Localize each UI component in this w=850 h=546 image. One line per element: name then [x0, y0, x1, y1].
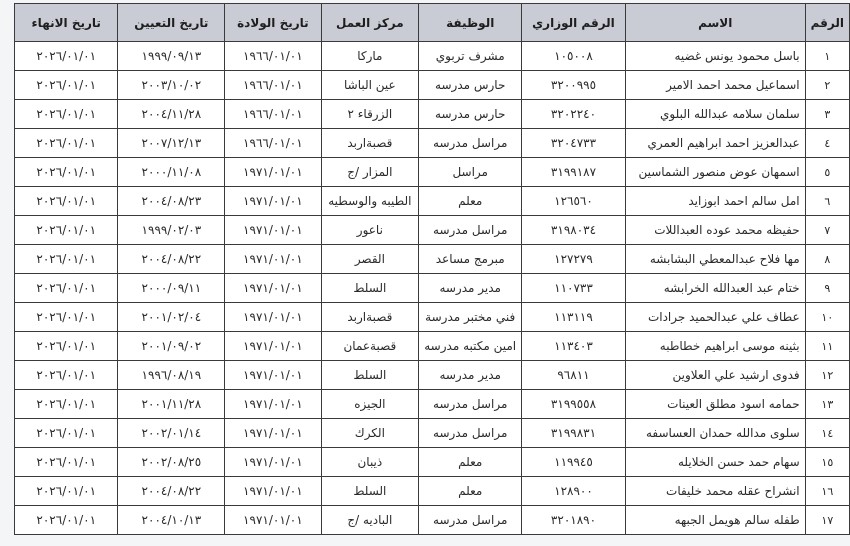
table-row: ٣سلمان سلامه عبدالله البلوي٣٢٠٢٢٤٠حارس م…: [15, 100, 850, 129]
work-center-cell: ماركا: [321, 42, 419, 71]
end-date-cell: ٢٠٢٦/٠١/٠١: [15, 274, 118, 303]
birth-date-cell: ١٩٧١/٠١/٠١: [225, 158, 321, 187]
table-row: ٥اسمهان عوض منصور الشماسين٣١٩٩١٨٧مراسلال…: [15, 158, 850, 187]
table-row: ١٥سهام حمد حسن الخلايله١١٩٩٤٥معلمذيبان١٩…: [15, 448, 850, 477]
header-name: الاسم: [625, 4, 805, 42]
appointment-date-cell: ١٩٩٩/٠٩/١٣: [118, 42, 225, 71]
appointment-date-cell: ٢٠٠٤/٠٨/٢٣: [118, 187, 225, 216]
birth-date-cell: ١٩٦٦/٠١/٠١: [225, 71, 321, 100]
birth-date-cell: ١٩٧١/٠١/٠١: [225, 448, 321, 477]
job-title-cell: مدير مدرسه: [419, 274, 522, 303]
table-row: ٧حفيظه محمد عوده العبداللات٣١٩٨٠٣٤مراسل …: [15, 216, 850, 245]
employee-name-cell: سلوى مدالله حمدان العساسفه: [625, 419, 805, 448]
appointment-date-cell: ٢٠٠٤/٠٨/٢٢: [118, 477, 225, 506]
header-ministry-id: الرقم الوزاري: [522, 4, 626, 42]
appointment-date-cell: ٢٠٠٠/٠٩/١١: [118, 274, 225, 303]
appointment-date-cell: ١٩٩٦/٠٨/١٩: [118, 361, 225, 390]
employee-name-cell: عطاف علي عبدالحميد جرادات: [625, 303, 805, 332]
end-date-cell: ٢٠٢٦/٠١/٠١: [15, 245, 118, 274]
table-row: ٨مها فلاح عبدالمعطي البشابشه١٢٧٢٧٩مبرمج …: [15, 245, 850, 274]
table-row: ١١بثينه موسى ابراهيم خطاطبه١١٣٤٠٣امين مك…: [15, 332, 850, 361]
ministry-id-cell: ٣١٩٩٥٥٨: [522, 390, 626, 419]
work-center-cell: السلط: [321, 361, 419, 390]
table-row: ١٦انشراح عقله محمد خليفات١٢٨٩٠٠معلمالسلط…: [15, 477, 850, 506]
row-num-cell: ٥: [805, 158, 849, 187]
appointment-date-cell: ٢٠٠٣/١٠/٠٢: [118, 71, 225, 100]
birth-date-cell: ١٩٦٦/٠١/٠١: [225, 42, 321, 71]
work-center-cell: قصبةعمان: [321, 332, 419, 361]
work-center-cell: السلط: [321, 477, 419, 506]
ministry-id-cell: ١١٩٩٤٥: [522, 448, 626, 477]
row-num-cell: ١: [805, 42, 849, 71]
table-row: ١باسل محمود يونس غضيه١٠٥٠٠٨مشرف تربويمار…: [15, 42, 850, 71]
end-date-cell: ٢٠٢٦/٠١/٠١: [15, 332, 118, 361]
row-num-cell: ١١: [805, 332, 849, 361]
ministry-id-cell: ٣١٩٩٨٣١: [522, 419, 626, 448]
row-num-cell: ٤: [805, 129, 849, 158]
work-center-cell: الطيبه والوسطيه: [321, 187, 419, 216]
ministry-id-cell: ١٠٥٠٠٨: [522, 42, 626, 71]
ministry-id-cell: ١٢٦٥٦٠: [522, 187, 626, 216]
row-num-cell: ١٠: [805, 303, 849, 332]
ministry-id-cell: ١١٣٤٠٣: [522, 332, 626, 361]
end-date-cell: ٢٠٢٦/٠١/٠١: [15, 390, 118, 419]
end-date-cell: ٢٠٢٦/٠١/٠١: [15, 129, 118, 158]
end-date-cell: ٢٠٢٦/٠١/٠١: [15, 506, 118, 535]
job-title-cell: مراسل مدرسه: [419, 506, 522, 535]
birth-date-cell: ١٩٧١/٠١/٠١: [225, 274, 321, 303]
birth-date-cell: ١٩٧١/٠١/٠١: [225, 187, 321, 216]
job-title-cell: مشرف تربوي: [419, 42, 522, 71]
row-num-cell: ٧: [805, 216, 849, 245]
employee-name-cell: عبدالعزيز احمد ابراهيم العمري: [625, 129, 805, 158]
employee-name-cell: اسمهان عوض منصور الشماسين: [625, 158, 805, 187]
birth-date-cell: ١٩٧١/٠١/٠١: [225, 419, 321, 448]
work-center-cell: السلط: [321, 274, 419, 303]
job-title-cell: معلم: [419, 477, 522, 506]
appointment-date-cell: ٢٠٠١/٠٩/٠٢: [118, 332, 225, 361]
appointment-date-cell: ٢٠٠٠/١١/٠٨: [118, 158, 225, 187]
work-center-cell: قصبةاربد: [321, 303, 419, 332]
job-title-cell: مراسل: [419, 158, 522, 187]
document-page: الرقم الاسم الرقم الوزاري الوظيفة مركز ا…: [0, 0, 850, 546]
table-row: ١٤سلوى مدالله حمدان العساسفه٣١٩٩٨٣١مراسل…: [15, 419, 850, 448]
end-date-cell: ٢٠٢٦/٠١/٠١: [15, 42, 118, 71]
job-title-cell: مراسل مدرسه: [419, 390, 522, 419]
end-date-cell: ٢٠٢٦/٠١/٠١: [15, 216, 118, 245]
birth-date-cell: ١٩٧١/٠١/٠١: [225, 245, 321, 274]
row-num-cell: ١٢: [805, 361, 849, 390]
table-body: ١باسل محمود يونس غضيه١٠٥٠٠٨مشرف تربويمار…: [15, 42, 850, 535]
birth-date-cell: ١٩٧١/٠١/٠١: [225, 332, 321, 361]
employee-name-cell: سلمان سلامه عبدالله البلوي: [625, 100, 805, 129]
end-date-cell: ٢٠٢٦/٠١/٠١: [15, 419, 118, 448]
birth-date-cell: ١٩٧١/٠١/٠١: [225, 216, 321, 245]
job-title-cell: معلم: [419, 187, 522, 216]
row-num-cell: ٨: [805, 245, 849, 274]
employee-name-cell: حفيظه محمد عوده العبداللات: [625, 216, 805, 245]
job-title-cell: مبرمج مساعد: [419, 245, 522, 274]
employee-name-cell: اسماعيل محمد احمد الامير: [625, 71, 805, 100]
retirement-roster-table: الرقم الاسم الرقم الوزاري الوظيفة مركز ا…: [14, 3, 850, 535]
work-center-cell: الجيزه: [321, 390, 419, 419]
work-center-cell: الباديه /ج: [321, 506, 419, 535]
table-row: ٤عبدالعزيز احمد ابراهيم العمري٣٢٠٤٧٣٣مرا…: [15, 129, 850, 158]
header-job: الوظيفة: [419, 4, 522, 42]
appointment-date-cell: ٢٠٠٤/١١/٢٨: [118, 100, 225, 129]
header-end-date: تاريخ الانهاء: [15, 4, 118, 42]
row-num-cell: ٢: [805, 71, 849, 100]
end-date-cell: ٢٠٢٦/٠١/٠١: [15, 477, 118, 506]
employee-name-cell: بثينه موسى ابراهيم خطاطبه: [625, 332, 805, 361]
end-date-cell: ٢٠٢٦/٠١/٠١: [15, 100, 118, 129]
appointment-date-cell: ٢٠٠٤/١٠/١٣: [118, 506, 225, 535]
appointment-date-cell: ٢٠٠٢/٠٨/٢٥: [118, 448, 225, 477]
end-date-cell: ٢٠٢٦/٠١/٠١: [15, 187, 118, 216]
row-num-cell: ٣: [805, 100, 849, 129]
job-title-cell: معلم: [419, 448, 522, 477]
employee-name-cell: طفله سالم هويمل الجبهه: [625, 506, 805, 535]
ministry-id-cell: ١٢٧٢٧٩: [522, 245, 626, 274]
row-num-cell: ١٣: [805, 390, 849, 419]
header-num: الرقم: [805, 4, 849, 42]
ministry-id-cell: ٣٢٠١٨٩٠: [522, 506, 626, 535]
table-row: ٦امل سالم احمد ابوزايد١٢٦٥٦٠معلمالطيبه و…: [15, 187, 850, 216]
row-num-cell: ٩: [805, 274, 849, 303]
row-num-cell: ١٥: [805, 448, 849, 477]
job-title-cell: فني مختبر مدرسة: [419, 303, 522, 332]
end-date-cell: ٢٠٢٦/٠١/٠١: [15, 361, 118, 390]
ministry-id-cell: ١١٠٧٣٣: [522, 274, 626, 303]
appointment-date-cell: ٢٠٠٤/٠٨/٢٢: [118, 245, 225, 274]
birth-date-cell: ١٩٦٦/٠١/٠١: [225, 129, 321, 158]
row-num-cell: ١٦: [805, 477, 849, 506]
work-center-cell: القصر: [321, 245, 419, 274]
job-title-cell: حارس مدرسه: [419, 100, 522, 129]
job-title-cell: مدير مدرسه: [419, 361, 522, 390]
job-title-cell: مراسل مدرسه: [419, 216, 522, 245]
table-row: ٩ختام عبد العبدالله الخرابشه١١٠٧٣٣مدير م…: [15, 274, 850, 303]
ministry-id-cell: ٣١٩٩١٨٧: [522, 158, 626, 187]
ministry-id-cell: ٣٢٠٤٧٣٣: [522, 129, 626, 158]
work-center-cell: قصبةاربد: [321, 129, 419, 158]
appointment-date-cell: ١٩٩٩/٠٢/٠٣: [118, 216, 225, 245]
employee-name-cell: حمامه اسود مطلق العينات: [625, 390, 805, 419]
table-row: ١٣حمامه اسود مطلق العينات٣١٩٩٥٥٨مراسل مد…: [15, 390, 850, 419]
birth-date-cell: ١٩٦٦/٠١/٠١: [225, 100, 321, 129]
birth-date-cell: ١٩٧١/٠١/٠١: [225, 361, 321, 390]
row-num-cell: ١٤: [805, 419, 849, 448]
work-center-cell: المزار /ج: [321, 158, 419, 187]
work-center-cell: ذيبان: [321, 448, 419, 477]
end-date-cell: ٢٠٢٦/٠١/٠١: [15, 448, 118, 477]
ministry-id-cell: ١١٣١١٩: [522, 303, 626, 332]
table-header-row: الرقم الاسم الرقم الوزاري الوظيفة مركز ا…: [15, 4, 850, 42]
birth-date-cell: ١٩٧١/٠١/٠١: [225, 506, 321, 535]
ministry-id-cell: ٣١٩٨٠٣٤: [522, 216, 626, 245]
table-row: ١٧طفله سالم هويمل الجبهه٣٢٠١٨٩٠مراسل مدر…: [15, 506, 850, 535]
header-work-center: مركز العمل: [321, 4, 419, 42]
ministry-id-cell: ٣٢٠٠٩٩٥: [522, 71, 626, 100]
work-center-cell: عين الباشا: [321, 71, 419, 100]
header-appointment-date: تاريخ التعيين: [118, 4, 225, 42]
appointment-date-cell: ٢٠٠١/١١/٢٨: [118, 390, 225, 419]
table-row: ٢اسماعيل محمد احمد الامير٣٢٠٠٩٩٥حارس مدر…: [15, 71, 850, 100]
end-date-cell: ٢٠٢٦/٠١/٠١: [15, 71, 118, 100]
employee-name-cell: مها فلاح عبدالمعطي البشابشه: [625, 245, 805, 274]
row-num-cell: ١٧: [805, 506, 849, 535]
job-title-cell: مراسل مدرسه: [419, 129, 522, 158]
end-date-cell: ٢٠٢٦/٠١/٠١: [15, 303, 118, 332]
ministry-id-cell: ١٢٨٩٠٠: [522, 477, 626, 506]
work-center-cell: الكرك: [321, 419, 419, 448]
work-center-cell: الزرقاء ٢: [321, 100, 419, 129]
birth-date-cell: ١٩٧١/٠١/٠١: [225, 390, 321, 419]
row-num-cell: ٦: [805, 187, 849, 216]
header-birth-date: تاريخ الولادة: [225, 4, 321, 42]
table-row: ١٠عطاف علي عبدالحميد جرادات١١٣١١٩فني مخت…: [15, 303, 850, 332]
employee-name-cell: انشراح عقله محمد خليفات: [625, 477, 805, 506]
job-title-cell: حارس مدرسه: [419, 71, 522, 100]
work-center-cell: ناعور: [321, 216, 419, 245]
employee-name-cell: امل سالم احمد ابوزايد: [625, 187, 805, 216]
table-row: ١٢فدوى ارشيد علي العلاوين٩٦٨١١مدير مدرسه…: [15, 361, 850, 390]
appointment-date-cell: ٢٠٠٢/٠١/١٤: [118, 419, 225, 448]
employee-name-cell: ختام عبد العبدالله الخرابشه: [625, 274, 805, 303]
job-title-cell: امين مكتبه مدرسه: [419, 332, 522, 361]
job-title-cell: مراسل مدرسه: [419, 419, 522, 448]
employee-name-cell: سهام حمد حسن الخلايله: [625, 448, 805, 477]
ministry-id-cell: ٩٦٨١١: [522, 361, 626, 390]
appointment-date-cell: ٢٠٠٧/١٢/١٣: [118, 129, 225, 158]
appointment-date-cell: ٢٠٠١/٠٢/٠٤: [118, 303, 225, 332]
birth-date-cell: ١٩٧١/٠١/٠١: [225, 477, 321, 506]
employee-name-cell: باسل محمود يونس غضيه: [625, 42, 805, 71]
ministry-id-cell: ٣٢٠٢٢٤٠: [522, 100, 626, 129]
employee-name-cell: فدوى ارشيد علي العلاوين: [625, 361, 805, 390]
end-date-cell: ٢٠٢٦/٠١/٠١: [15, 158, 118, 187]
birth-date-cell: ١٩٧١/٠١/٠١: [225, 303, 321, 332]
